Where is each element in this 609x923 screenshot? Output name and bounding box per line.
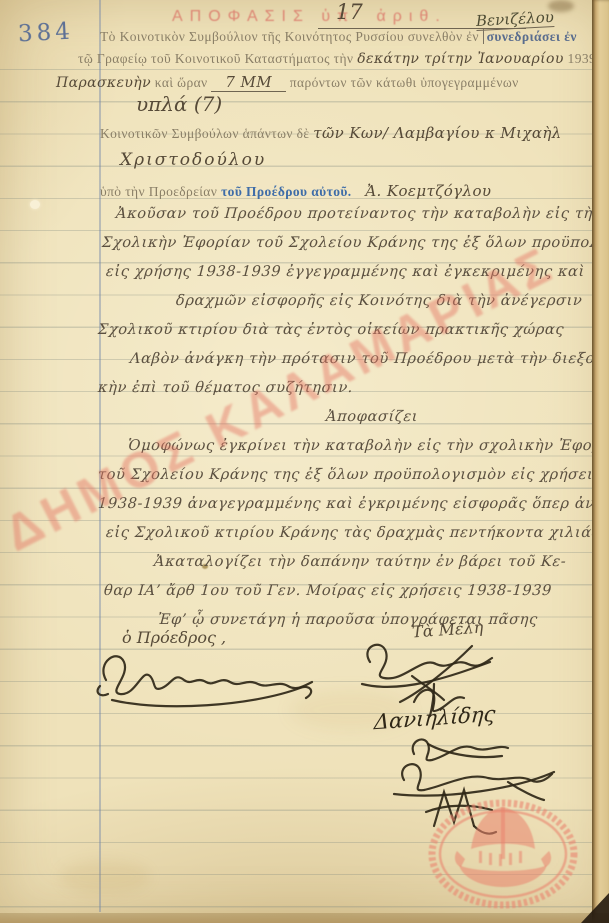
preamble-line-2: τῷ Γραφείῳ τοῦ Κοινοτικοῦ Καταστήματος τ… bbox=[78, 51, 609, 67]
body-line: Ὁμοφώνως ἐγκρίνει τὴν καταβολὴν εἰς τὴν … bbox=[97, 431, 593, 460]
meeting-day-handwritten: Παρασκευὴν bbox=[56, 75, 151, 91]
body-line: Λαβὸν ἀνάγκη τὴν πρότασιν τοῦ Προέδρου μ… bbox=[97, 344, 593, 373]
president-signature bbox=[92, 642, 342, 720]
member-signature-name: Δανιηλίδης bbox=[373, 702, 496, 735]
meeting-date-handwritten: δεκάτην τρίτην Ἰανουαρίου bbox=[357, 51, 564, 67]
president-printed-blue: τοῦ Προέδρου αὐτοῦ. bbox=[221, 184, 351, 199]
binding-edge bbox=[592, 0, 609, 923]
body-line: 1938-1939 ἀναγεγραμμένης καὶ ἐγκριμένης … bbox=[97, 489, 593, 518]
foxing-stain bbox=[60, 860, 150, 894]
body-line: Σχολικοῦ κτιρίου διὰ τὰς ἐντὸς οἰκείων π… bbox=[97, 315, 593, 344]
body-line: τοῦ Σχολείου Κράνης της ἐξ ὅλων προϋπολο… bbox=[97, 460, 593, 489]
paper-spot bbox=[30, 200, 40, 209]
page-number-stamp: 384 bbox=[17, 19, 74, 48]
body-line: κὴν ἐπὶ τοῦ θέματος συζήτησιν. bbox=[97, 373, 593, 402]
bottom-page-edge bbox=[0, 913, 609, 923]
attendance-count-handwritten: υπλά (7) bbox=[136, 92, 222, 116]
decides-heading: Ἀποφασίζει bbox=[97, 402, 593, 431]
president-name-handwritten: Ἀ. Κοεμτζόγλου bbox=[365, 182, 491, 200]
margin-note-handwritten: Βενιζέλου bbox=[476, 8, 555, 31]
councillors-printed: Κοινοτικῶν Συμβούλων ἁπάντων δὲ bbox=[100, 126, 310, 141]
body-line: εἰς Σχολικοῦ κτιρίου Κράνης τὰς δραχμὰς … bbox=[97, 518, 593, 547]
decision-number-handwritten: 17 bbox=[336, 0, 363, 24]
preamble-line1-text: Τὸ Κοινοτικὸν Συμβούλιον τῆς Κοινότητος … bbox=[100, 29, 479, 44]
ship-stamp-icon bbox=[423, 795, 583, 915]
preamble-line1-dark: συνεδριάσει ἐν bbox=[483, 29, 577, 44]
decision-body: Ἀκοῦσαν τοῦ Προέδρου προτείναντος τὴν κα… bbox=[98, 199, 592, 634]
body-line: Ἀκοῦσαν τοῦ Προέδρου προτείναντος τὴν κα… bbox=[97, 199, 593, 228]
preamble-line2-text: τῷ Γραφείῳ τοῦ Κοινοτικοῦ Καταστήματος τ… bbox=[78, 51, 353, 66]
preamble-line-5: Κοινοτικῶν Συμβούλων ἁπάντων δὲ τῶν Κων/… bbox=[100, 124, 562, 142]
surname-handwritten: Χριστοδούλου bbox=[120, 150, 266, 170]
body-line: Σχολικὴν Ἐφορίαν τοῦ Σχολείου Κράνης της… bbox=[97, 228, 593, 257]
body-line: θαρ ΙΑ’ ἄρθ 1ου τοῦ Γεν. Μοίρας εἰς χρήσ… bbox=[97, 576, 593, 605]
preamble-line-7: ὑπὸ τὴν Προεδρείαν τοῦ Προέδρου αὐτοῦ. Ἀ… bbox=[100, 182, 491, 200]
presidency-printed: ὑπὸ τὴν Προεδρείαν bbox=[100, 184, 217, 199]
decision-header-stamp: ΑΠΟΦΑΣΙΣ ὑπ’ ἀριθ. bbox=[172, 8, 447, 26]
body-line: εἰς χρήσης 1938-1939 ἐγγεγραμμένης καὶ ἐ… bbox=[97, 257, 593, 286]
body-line: δραχμῶν εἰσφορῆς εἰς Κοινότης διὰ τὴν ἀν… bbox=[97, 286, 593, 315]
preamble-line-1: Τὸ Κοινοτικὸν Συμβούλιον τῆς Κοινότητος … bbox=[100, 29, 577, 45]
preamble-line-3: Παρασκευὴν καὶ ὥραν 7 ΜΜ παρόντων τῶν κά… bbox=[56, 73, 519, 91]
archival-document-page: 384 ΑΠΟΦΑΣΙΣ ὑπ’ ἀριθ. 17 Βενιζέλου Τὸ Κ… bbox=[0, 0, 609, 923]
absent-members-handwritten: τῶν Κων/ Λαμβαγίου κ Μιχαὴλ bbox=[313, 124, 561, 142]
body-line: Ἀκαταλογίζει τὴν δαπάνην ταύτην ἐν βάρει… bbox=[97, 547, 593, 576]
preamble-line3-text2: παρόντων τῶν κάτωθι ὑπογεγραμμένων bbox=[290, 75, 519, 90]
preamble-line3-text: καὶ ὥραν bbox=[155, 75, 208, 90]
meeting-hour-handwritten: 7 ΜΜ bbox=[211, 73, 286, 92]
